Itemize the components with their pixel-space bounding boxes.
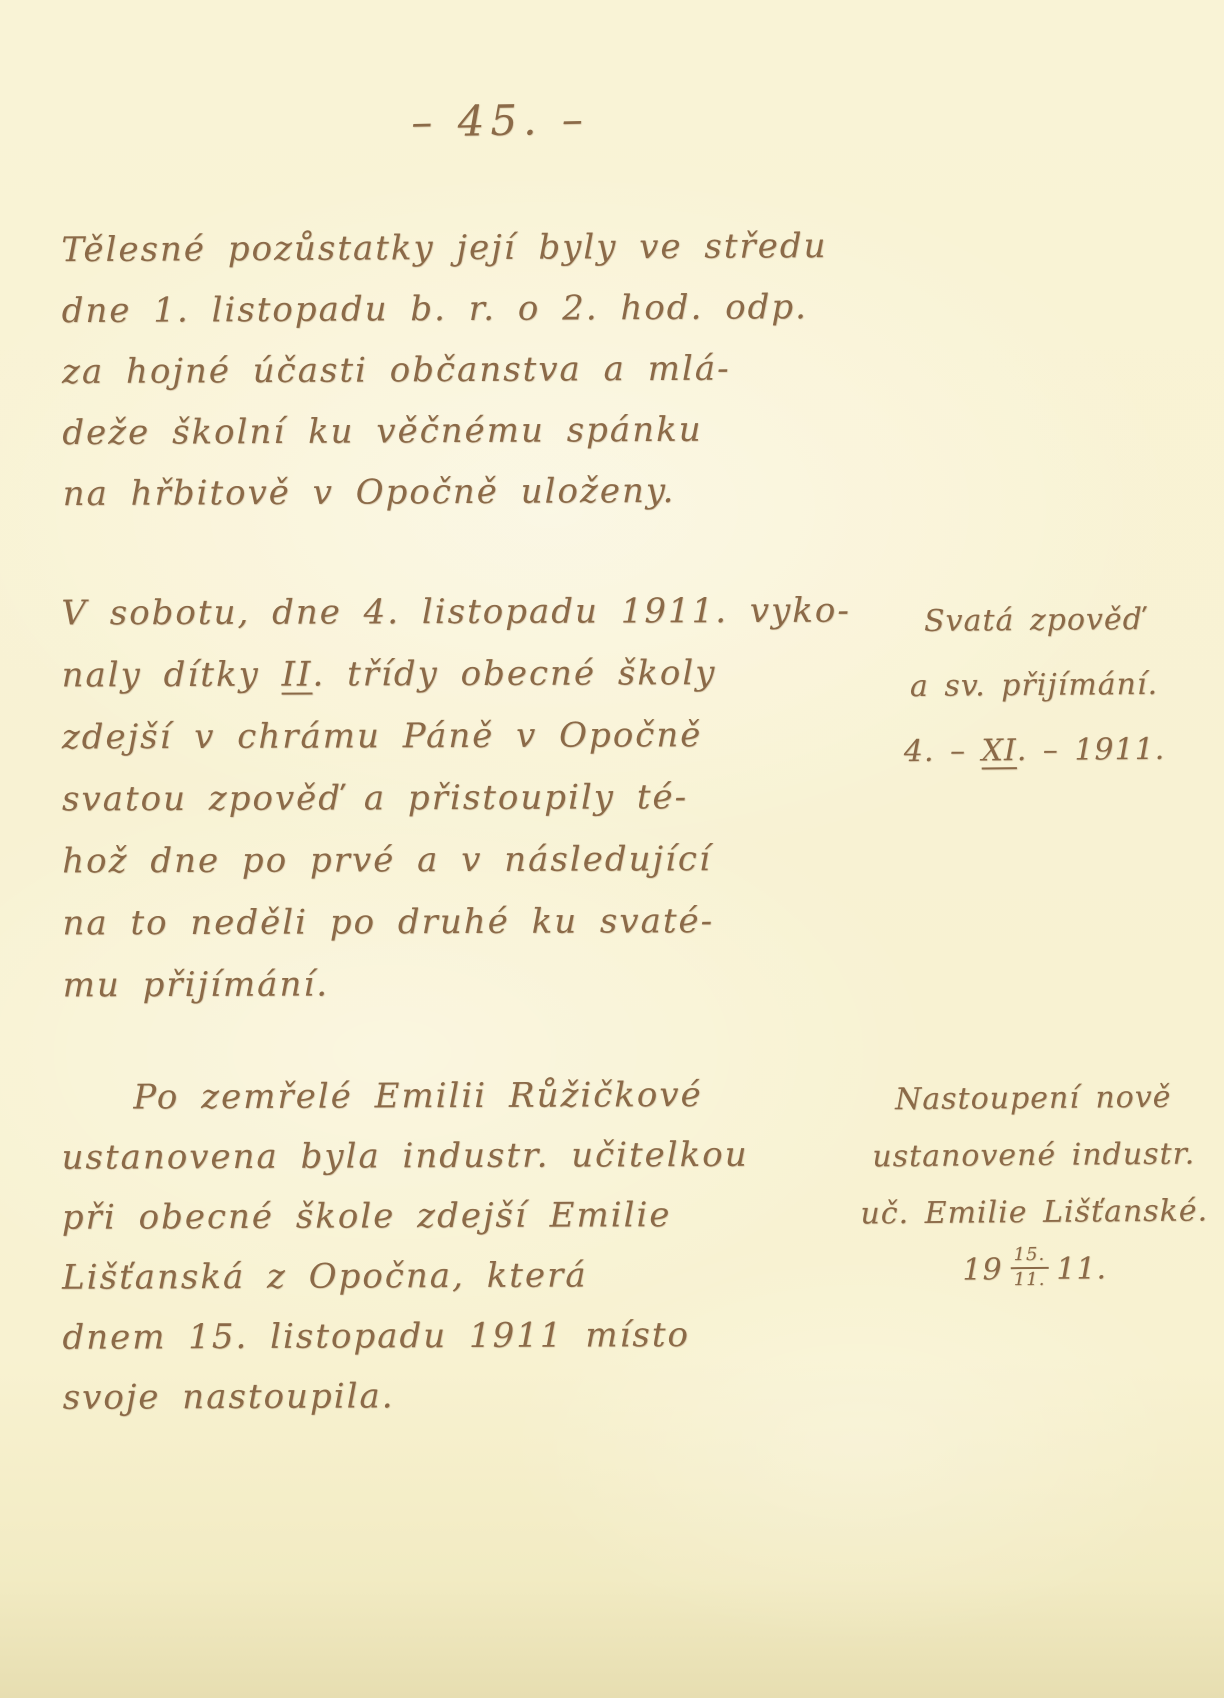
text-line: na hřbitově v Opočně uloženy. xyxy=(62,460,877,525)
text-line: na to neděli po druhé ku svaté- xyxy=(62,890,877,955)
paragraph-new-teacher: Po zemřelé Emilii Růžičkové ustanovena b… xyxy=(61,1064,878,1428)
text-segment: 4. – xyxy=(904,733,982,769)
text-segment: naly dítky xyxy=(61,655,281,696)
margin-note-new-teacher: Nastoupení nově ustanovené industr. uč. … xyxy=(847,1068,1221,1299)
margin-note-date: 1915.11.11. xyxy=(849,1239,1221,1299)
text-line: svatou zpověď a přistoupily té- xyxy=(62,766,877,831)
roman-numeral-underlined: II xyxy=(281,655,312,695)
margin-note-date: 4. – XI. – 1911. xyxy=(848,716,1221,784)
margin-note-line: Nastoupení nově xyxy=(847,1068,1219,1128)
margin-note-confession: Svatá zpověď a sv. přijímání. 4. – XI. –… xyxy=(847,586,1221,784)
margin-note-line: ustanovené industr. xyxy=(848,1125,1220,1185)
page-number: – 45. – xyxy=(360,94,641,148)
text-line: naly dítky II. třídy obecné školy xyxy=(61,642,876,707)
margin-note-line: uč. Emilie Lišťanské. xyxy=(848,1182,1220,1242)
text-segment: . třídy obecné školy xyxy=(312,653,716,694)
text-line: ustanovena byla industr. učitelkou xyxy=(61,1124,876,1188)
text-line: za hojné účasti občanstva a mlá- xyxy=(62,338,877,403)
paragraph-funeral: Tělesné pozůstatky její byly ve středu d… xyxy=(61,216,878,525)
text-line: při obecné škole zdejší Emilie xyxy=(62,1184,877,1248)
margin-note-line: a sv. přijímání. xyxy=(848,651,1221,719)
margin-note-line: Svatá zpověď xyxy=(847,586,1220,654)
text-line: mu přijímání. xyxy=(63,952,878,1017)
date-fraction-day: 15. xyxy=(1010,1246,1048,1269)
text-line: Lišťanská z Opočna, která xyxy=(62,1244,877,1308)
text-line: hož dne po prvé a v následující xyxy=(62,828,877,893)
text-line: svoje nastoupila. xyxy=(63,1364,878,1428)
text-segment: . – 1911. xyxy=(1017,732,1166,768)
chronicle-page: – 45. – Tělesné pozůstatky její byly ve … xyxy=(0,0,1224,1698)
text-line: Tělesné pozůstatky její byly ve středu xyxy=(61,216,876,281)
text-line: dne 1. listopadu b. r. o 2. hod. odp. xyxy=(62,277,877,342)
paragraph-confession: V sobotu, dne 4. listopadu 1911. vyko- n… xyxy=(61,580,878,1017)
roman-numeral-underlined: XI xyxy=(981,733,1017,768)
date-fraction: 15.11. xyxy=(1010,1246,1048,1290)
text-line: V sobotu, dne 4. listopadu 1911. vyko- xyxy=(61,580,876,645)
date-fraction-month: 11. xyxy=(1011,1269,1049,1290)
date-year-prefix: 19 xyxy=(962,1252,1002,1287)
text-line: zdejší v chrámu Páně v Opočně xyxy=(62,704,877,769)
text-line: Po zemřelé Emilii Růžičkové xyxy=(61,1064,876,1128)
text-line: dnem 15. listopadu 1911 místo xyxy=(62,1304,877,1368)
text-line: deže školní ku věčnému spánku xyxy=(62,399,877,464)
date-year-suffix: 11. xyxy=(1056,1251,1107,1286)
